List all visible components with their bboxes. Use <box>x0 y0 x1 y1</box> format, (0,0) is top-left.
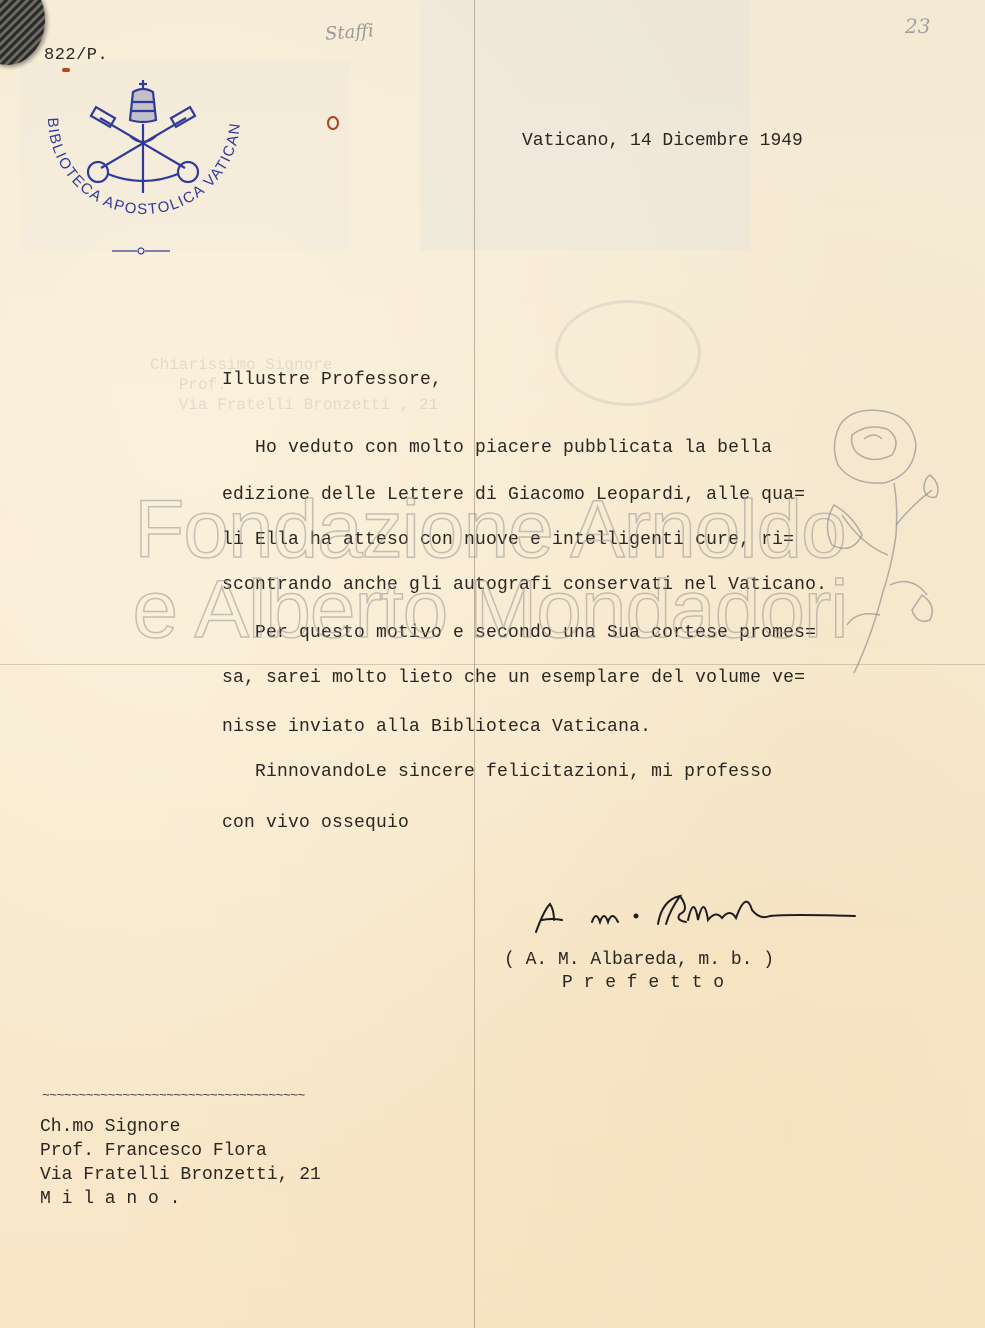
red-ink-mark <box>327 116 339 130</box>
body-line: li Ella ha atteso con nuove e intelligen… <box>222 530 794 550</box>
body-line: sa, sarei molto lieto che un esemplare d… <box>222 668 805 688</box>
horizontal-fold-line <box>0 664 985 665</box>
addressee-line: Prof. Francesco Flora <box>40 1141 267 1161</box>
signatory-title: P r e f e t t o <box>562 973 724 993</box>
addressee-line: Ch.mo Signore <box>40 1117 180 1137</box>
body-line: Ho veduto con molto piacere pubblicata l… <box>222 438 772 458</box>
body-line: scontrando anche gli autografi conservat… <box>222 575 827 595</box>
addressee-line: M i l a n o . <box>40 1189 180 1209</box>
pencil-annotation: Staffi <box>324 20 374 44</box>
salutation: Illustre Professore, <box>222 370 442 390</box>
paper-clip <box>0 0 45 65</box>
reference-number: 822/P. <box>44 46 108 65</box>
letter-page: Chiarissimo Signore Prof. Via Fratelli B… <box>0 0 985 1328</box>
page-number: 23 <box>905 14 930 38</box>
rust-mark <box>62 68 70 72</box>
body-line: con vivo ossequio <box>222 813 409 833</box>
separator-line: ~~~~~~~~~~~~~~~~~~~~~~~~~~~~~~~~~~~~ <box>42 1088 305 1103</box>
body-line: RinnovandoLe sincere felicitazioni, mi p… <box>222 762 772 782</box>
letter-date: Vaticano, 14 Dicembre 1949 <box>522 131 803 151</box>
letterhead: BIBLIOTECA APOSTOLICA VATICANA <box>30 78 255 258</box>
papal-emblem-icon: BIBLIOTECA APOSTOLICA VATICANA <box>30 78 255 258</box>
signatory-name: ( A. M. Albareda, m. b. ) <box>504 950 774 970</box>
rose-icon <box>812 405 962 675</box>
addressee-line: Via Fratelli Bronzetti, 21 <box>40 1165 321 1185</box>
handwritten-signature <box>530 880 870 940</box>
body-line: edizione delle Lettere di Giacomo Leopar… <box>222 485 805 505</box>
body-line: Per questo motivo e secondo una Sua cort… <box>222 623 816 643</box>
signature-scribble-icon <box>530 880 870 940</box>
show-through-shadow <box>420 0 750 250</box>
show-through-stamp <box>555 300 701 406</box>
body-line: nisse inviato alla Biblioteca Vaticana. <box>222 717 651 737</box>
